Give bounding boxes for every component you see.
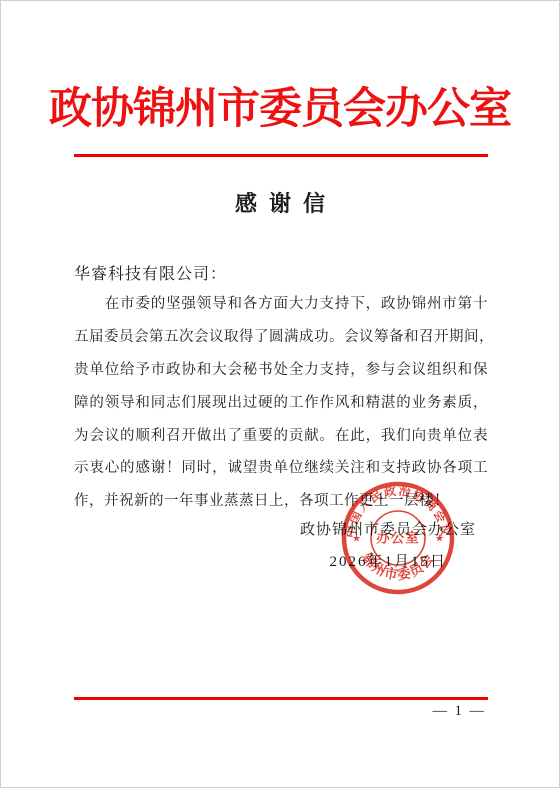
seal-right-star-icon: ★ (435, 534, 444, 545)
seal-bottom-arc-text: 锦州市委员会 (359, 549, 437, 582)
document-title: 感谢信 (1, 187, 559, 218)
document-page: 政协锦州市委员会办公室 感谢信 华睿科技有限公司： 在市委的坚强领导和各方面大力… (0, 0, 560, 788)
body-line: 贵单位给予市政协和大会秘书处全力支持，参与会议组织和保 (74, 354, 488, 387)
body-line: 在市委的坚强领导和各方面大力支持下，政协锦州市第十 (74, 288, 488, 321)
footer-divider-line (74, 697, 488, 700)
body-line: 障的领导和同志们展现出过硬的工作作风和精湛的业务素质， (74, 387, 488, 420)
body-line: 五届委员会第五次会议取得了圆满成功。会议筹备和召开期间， (74, 321, 488, 354)
page-number: — 1 — (433, 703, 487, 720)
body-line: 为会议的顺利召开做出了重要的贡献。在此，我们向贵单位表 (74, 420, 488, 453)
seal-center-text: 办公室 (376, 530, 420, 546)
letterhead-title: 政协锦州市委员会办公室 (1, 81, 559, 139)
seal-left-star-icon: ★ (352, 534, 361, 545)
seal-icon: 中国人民政治协商会议 锦州市委员会 办公室 ★ ★ (336, 476, 460, 600)
official-seal-stamp: 中国人民政治协商会议 锦州市委员会 办公室 ★ ★ (336, 476, 460, 600)
salutation: 华睿科技有限公司： (74, 261, 227, 284)
letterhead-divider-line (74, 154, 488, 157)
